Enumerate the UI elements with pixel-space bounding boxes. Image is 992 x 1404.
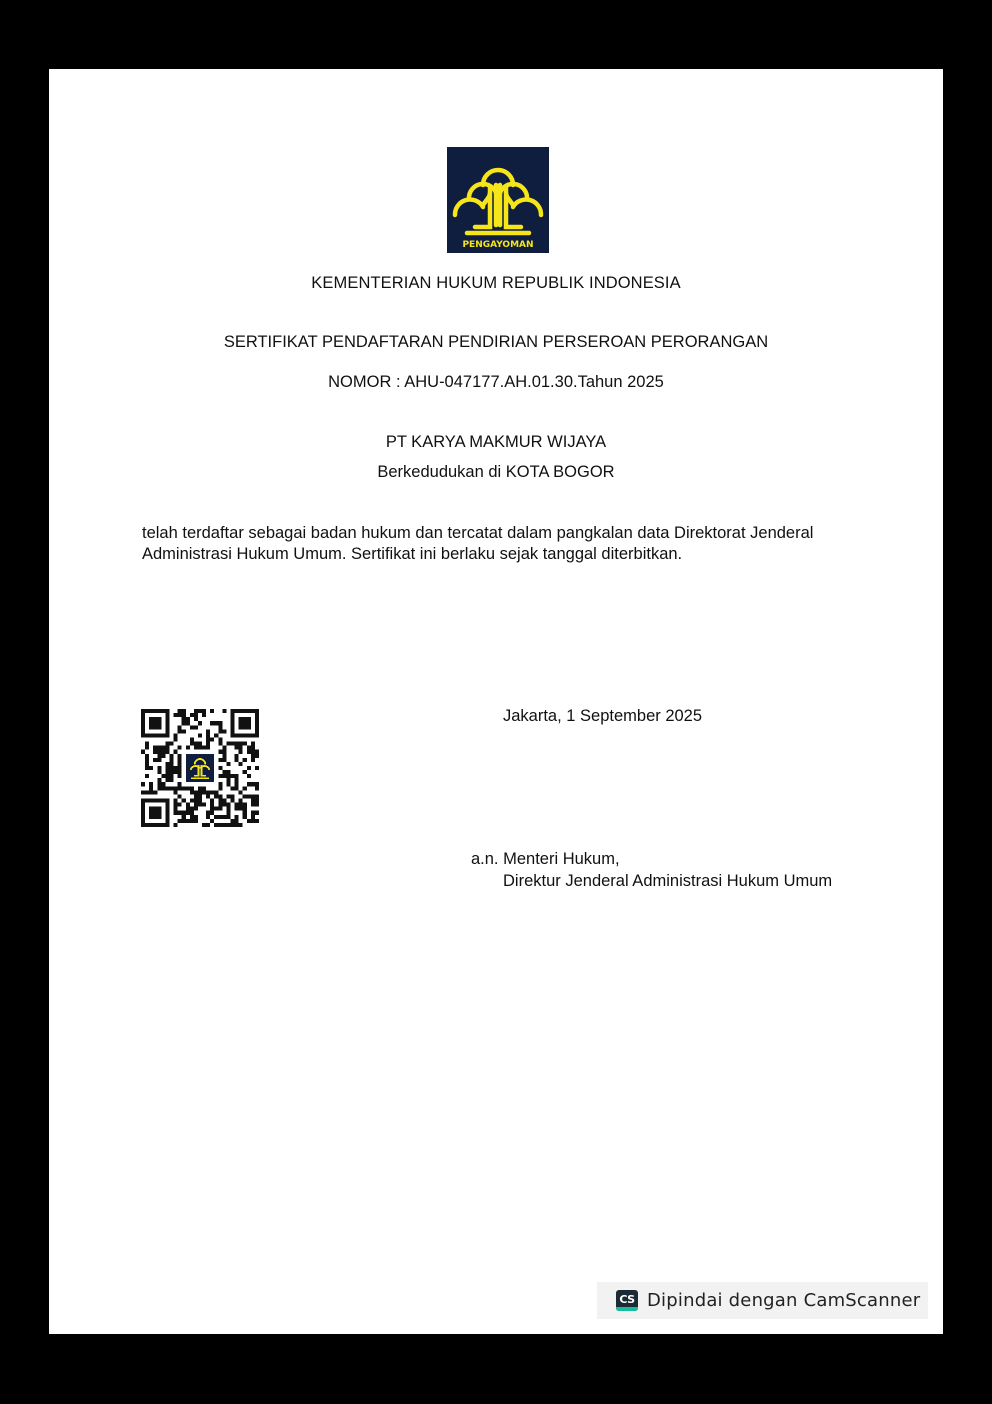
qr-code-icon (141, 709, 259, 827)
camscanner-logo-icon: CS (616, 1290, 638, 1311)
company-name: PT KARYA MAKMUR WIJAYA (49, 433, 943, 452)
certificate-statement: telah terdaftar sebagai badan hukum dan … (142, 523, 862, 565)
certificate-title: SERTIFIKAT PENDAFTARAN PENDIRIAN PERSERO… (49, 333, 943, 352)
place-and-date: Jakarta, 1 September 2025 (503, 707, 702, 726)
statement-line-2: Administrasi Hukum Umum. Sertifikat ini … (142, 544, 862, 565)
signatory-title: Direktur Jenderal Administrasi Hukum Umu… (503, 872, 832, 891)
pengayoman-emblem-icon: PENGAYOMAN (447, 147, 549, 253)
signature-on-behalf: a.n. Menteri Hukum, (471, 850, 620, 869)
statement-line-1: telah terdaftar sebagai badan hukum dan … (142, 523, 862, 544)
certificate-page: PENGAYOMAN KEMENTERIAN HUKUM REPUBLIK IN… (49, 69, 943, 1334)
camscanner-watermark: CS Dipindai dengan CamScanner (597, 1282, 928, 1319)
svg-text:PENGAYOMAN: PENGAYOMAN (462, 240, 533, 250)
certificate-number: NOMOR : AHU-047177.AH.01.30.Tahun 2025 (49, 373, 943, 392)
ministry-heading: KEMENTERIAN HUKUM REPUBLIK INDONESIA (49, 274, 943, 293)
company-domicile: Berkedudukan di KOTA BOGOR (49, 463, 943, 482)
camscanner-watermark-text: Dipindai dengan CamScanner (647, 1290, 920, 1311)
